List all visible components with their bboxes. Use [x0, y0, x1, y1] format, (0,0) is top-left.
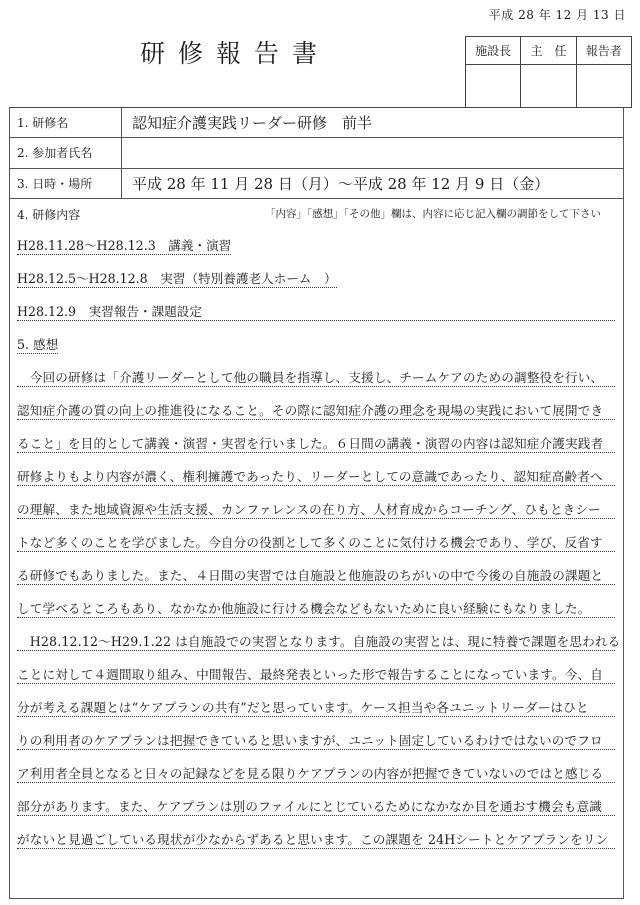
impression-text: H28.12.12～H29.1.22 は自施設での実習となります。自施設の実習と…: [17, 634, 615, 651]
impression-text: ことに対して４週間取り組み、中間報告、最終発表といった形で報告することになってい…: [17, 667, 615, 684]
impression-line: トなど多くのことを学びました。今自分の役割として多くのことに気付ける機会であり、…: [17, 523, 615, 556]
datetime-row: 3. 日時・場所 平成 28 年 11 月 28 日（月）～平成 28 年 12…: [10, 168, 623, 199]
stamp-box-director[interactable]: [466, 65, 521, 108]
impression-line: 分が考える課題とは“ケアプランの共有”だと思っています。ケース担当や各ユニットリ…: [17, 688, 615, 721]
impression-line: 研修よりもより内容が濃く、権利擁護であったり、リーダーとしての意識であったり、認…: [17, 457, 615, 490]
impressions-heading: 5. 感想: [17, 337, 58, 354]
participant-row: 2. 参加者氏名: [10, 137, 623, 169]
impression-text: ア利用者全員となると日々の記録などを見る限りケアプランの内容が把握できていないの…: [17, 766, 615, 783]
approval-stamp-table: 施設長 主 任 報告者: [465, 36, 632, 108]
impression-text: して学べるところもあり、なかなか他施設に行ける機会などもないために良い経験にもな…: [17, 601, 615, 618]
impression-text: 研修よりもより内容が濃く、権利擁護であったり、リーダーとしての意識であったり、認…: [17, 469, 615, 486]
report-date: 平成 28 年 12 月 13 日: [489, 6, 626, 23]
impression-line: がないと見過ごしている現状が少なからずあると思います。この課題を 24Hシートと…: [17, 820, 615, 853]
impression-text: る研修でもありました。また、４日間の実習では自施設と他施設のちがいの中で今後の自…: [17, 568, 615, 585]
impression-line: 今回の研修は「介護リーダーとして他の職員を指導し、支援し、チームケアのための調整…: [17, 358, 615, 391]
schedule-item: H28.12.9 実習報告・課題設定: [17, 304, 615, 321]
approval-header-director: 施設長: [466, 37, 521, 65]
training-name-label: 1. 研修名: [10, 108, 122, 137]
impression-text: りの利用者のケアプランは把握できていると思いますが、ユニット固定しているわけでは…: [17, 733, 615, 750]
schedule-line: H28.12.9 実習報告・課題設定: [17, 292, 615, 325]
impression-line: の理解、また地域資源や生活支援、カンファレンスの在り方、人材育成からコーチング、…: [17, 490, 615, 523]
impression-text: 認知症介護の質の向上の推進役になること。その際に認知症介護の理念を現場の実践にお…: [17, 403, 615, 420]
datetime-value[interactable]: 平成 28 年 11 月 28 日（月）～平成 28 年 12 月 9 日（金）: [122, 173, 549, 194]
schedule-line: H28.11.28～H28.12.3 講義・演習: [17, 226, 615, 259]
training-name-row: 1. 研修名 認知症介護実践リーダー研修 前半: [10, 108, 623, 138]
content-section-header: 4. 研修内容 「内容」「感想」「その他」欄は、内容に応じ記入欄の調節をして下さ…: [17, 206, 613, 223]
impression-line: して学べるところもあり、なかなか他施設に行ける機会などもないために良い経験にもな…: [17, 589, 615, 622]
impression-line: 部分があります。また、ケアプランは別のファイルにとじているためになかなか目を通お…: [17, 787, 615, 820]
impression-text: の理解、また地域資源や生活支援、カンファレンスの在り方、人材育成からコーチング、…: [17, 502, 615, 519]
impression-text: 今回の研修は「介護リーダーとして他の職員を指導し、支援し、チームケアのための調整…: [17, 370, 615, 387]
content-heading: 4. 研修内容: [17, 206, 80, 223]
approval-header-chief: 主 任: [521, 37, 576, 65]
content-body[interactable]: H28.11.28～H28.12.3 講義・演習 H28.12.5～H28.12…: [17, 226, 615, 853]
impression-line: ことに対して４週間取り組み、中間報告、最終発表といった形で報告することになってい…: [17, 655, 615, 688]
participant-label: 2. 参加者氏名: [10, 137, 122, 168]
schedule-item: H28.11.28～H28.12.3 講義・演習: [17, 238, 231, 255]
impression-text: ること」を目的として講義・演習・実習を行いました。６日間の講義・演習の内容は認知…: [17, 436, 615, 453]
impression-line: ア利用者全員となると日々の記録などを見る限りケアプランの内容が把握できていないの…: [17, 754, 615, 787]
impression-text: がないと見過ごしている現状が少なからずあると思います。この課題を 24Hシートと…: [17, 832, 615, 849]
stamp-box-reporter[interactable]: [576, 65, 631, 108]
approval-header-reporter: 報告者: [576, 37, 631, 65]
impression-line: 認知症介護の質の向上の推進役になること。その際に認知症介護の理念を現場の実践にお…: [17, 391, 615, 424]
content-note: 「内容」「感想」「その他」欄は、内容に応じ記入欄の調節をして下さい: [265, 206, 601, 223]
impression-text: 部分があります。また、ケアプランは別のファイルにとじているためになかなか目を通お…: [17, 799, 615, 816]
impression-text: 分が考える課題とは“ケアプランの共有”だと思っています。ケース担当や各ユニットリ…: [17, 700, 615, 717]
report-form: 1. 研修名 認知症介護実践リーダー研修 前半 2. 参加者氏名 3. 日時・場…: [9, 107, 624, 899]
impression-line: りの利用者のケアプランは把握できていると思いますが、ユニット固定しているわけでは…: [17, 721, 615, 754]
schedule-line: H28.12.5～H28.12.8 実習（特別養護老人ホーム ）: [17, 259, 615, 292]
impression-line: H28.12.12～H29.1.22 は自施設での実習となります。自施設の実習と…: [17, 622, 615, 655]
stamp-box-chief[interactable]: [521, 65, 576, 108]
schedule-item: H28.12.5～H28.12.8 実習（特別養護老人ホーム ）: [17, 271, 337, 288]
impression-text: トなど多くのことを学びました。今自分の役割として多くのことに気付ける機会であり、…: [17, 535, 615, 552]
page-title: 研修報告書: [140, 34, 330, 70]
impression-line: る研修でもありました。また、４日間の実習では自施設と他施設のちがいの中で今後の自…: [17, 556, 615, 589]
impressions-heading-line: 5. 感想: [17, 325, 615, 358]
impression-line: ること」を目的として講義・演習・実習を行いました。６日間の講義・演習の内容は認知…: [17, 424, 615, 457]
training-name-value[interactable]: 認知症介護実践リーダー研修 前半: [122, 112, 372, 133]
datetime-label: 3. 日時・場所: [10, 168, 122, 198]
